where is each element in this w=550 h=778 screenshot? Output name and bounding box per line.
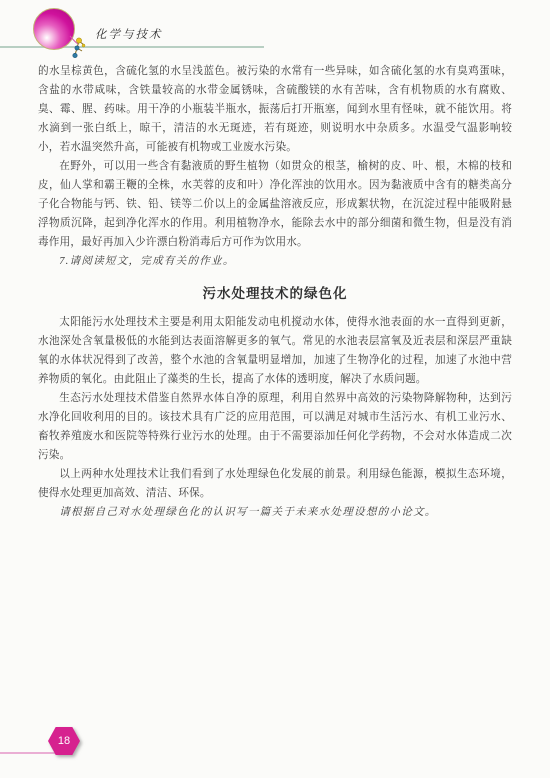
article-body: 的水呈棕黄色，含硫化氢的水呈浅蓝色。被污染的水常有一些异味，如含硫化氢的水有臭鸡… bbox=[38, 62, 512, 522]
page-number-hexagon: 18 bbox=[48, 727, 80, 755]
paragraph: 以上两种水处理技术让我们看到了水处理绿色化发展的前景。利用绿色能源，模拟生态环境… bbox=[38, 465, 512, 503]
paragraph: 请根据自己对水处理绿色化的认识写一篇关于未来水处理设想的小论文。 bbox=[38, 503, 512, 522]
paragraph: 7.请阅读短文，完成有关的作业。 bbox=[38, 252, 512, 271]
page-number: 18 bbox=[58, 735, 70, 747]
molecule-icon bbox=[66, 34, 92, 60]
section-heading: 污水处理技术的绿色化 bbox=[38, 284, 512, 303]
book-title: 化学与技术 bbox=[95, 26, 163, 42]
paragraph: 太阳能污水处理技术主要是利用太阳能发动电机搅动水体，使得水池表面的水一直得到更新… bbox=[38, 313, 512, 389]
header-rule bbox=[0, 46, 264, 48]
page-number-badge: 18 bbox=[48, 727, 80, 755]
paragraph: 在野外，可以用一些含有黏液质的野生植物（如贯众的根茎，榆树的皮、叶、根，木棉的枝… bbox=[38, 157, 512, 252]
paragraph: 的水呈棕黄色，含硫化氢的水呈浅蓝色。被污染的水常有一些异味，如含硫化氢的水有臭鸡… bbox=[38, 62, 512, 157]
paragraph: 生态污水处理技术借鉴自然界水体自净的原理，利用自然界中高效的污染物降解物种，达到… bbox=[38, 389, 512, 465]
page-header: 化学与技术 bbox=[0, 0, 550, 60]
